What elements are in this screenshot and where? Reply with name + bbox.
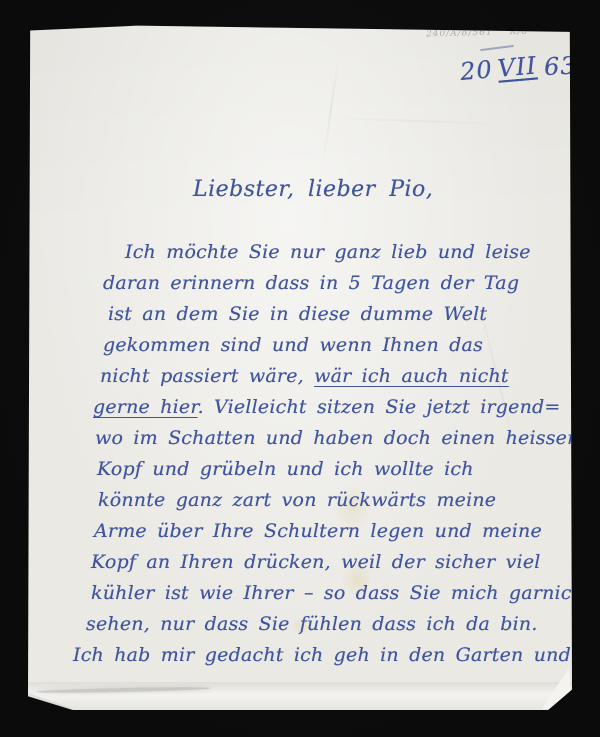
letter-text: daran erinnern dass in 5 Tagen der Tag [103, 272, 519, 294]
letter-line: wo im Schatten und haben doch einen heis… [95, 423, 572, 454]
bottom-fold-crease [28, 682, 572, 710]
letter-text: Ich hab mir gedacht ich geh in den Garte… [73, 644, 571, 666]
underlined-text: wär ich auch nicht [314, 365, 509, 387]
letter-text: sehen, nur dass Sie fühlen dass ich da b… [86, 613, 538, 635]
letter-line: Arme über Ihre Schultern legen und meine [94, 516, 572, 547]
crease-mark [323, 117, 508, 125]
letter-line: Ich hab mir gedacht ich geh in den Garte… [73, 640, 572, 671]
letter-text: Ich möchte Sie nur ganz lieb und leise [125, 241, 531, 263]
photo-backdrop: 240/A/8/561 K/8 20VII63 Liebster, lieber… [0, 0, 600, 737]
underlined-text: gerne hier [93, 396, 198, 418]
letter-line: gerne hier. Vielleicht sitzen Sie jetzt … [93, 392, 572, 423]
letter-line: Kopf an Ihren drücken, weil der sicher v… [91, 547, 572, 578]
date-year: 63 [543, 52, 577, 82]
letter-date: 20VII63 [459, 48, 577, 86]
letter-line: nicht passiert wäre, wär ich auch nicht [100, 361, 572, 392]
letter-line: könnte ganz zart von rückwärts meine [98, 485, 572, 516]
letter-text: wo im Schatten und haben doch einen heis… [95, 427, 580, 449]
letter-line: ist an dem Sie in diese dumme Welt [108, 299, 572, 330]
letter-line: kühler ist wie Ihrer – so dass Sie mich … [91, 578, 572, 609]
salutation: Liebster, lieber Pio, [193, 177, 433, 202]
archival-note: 240/A/8/561 [426, 28, 493, 40]
crease-mark [323, 57, 340, 161]
date-day: 20 [459, 55, 494, 86]
smudge-mark [36, 686, 211, 694]
letter-text: Arme über Ihre Schultern legen und meine [94, 520, 542, 542]
letter-text: nicht passiert wäre, [100, 365, 314, 387]
letter-text: Kopf an Ihren drücken, weil der sicher v… [91, 551, 541, 573]
letter-text: könnte ganz zart von rückwärts meine [98, 489, 496, 511]
archival-note-secondary: K/8 [510, 27, 529, 37]
letter-line: Ich möchte Sie nur ganz lieb und leise [125, 237, 572, 268]
letter-text: . Vielleicht sitzen Sie jetzt irgend= [198, 396, 561, 418]
pen-stroke-mark [480, 45, 514, 51]
letter-text: kühler ist wie Ihrer – so dass Sie mich … [91, 582, 592, 604]
letter-paper: 240/A/8/561 K/8 20VII63 Liebster, lieber… [28, 25, 572, 710]
letter-text: Kopf und grübeln und ich wollte ich [97, 458, 474, 480]
letter-body: Ich möchte Sie nur ganz lieb und leiseda… [28, 237, 572, 671]
archival-note-group: 240/A/8/561 K/8 [426, 27, 528, 40]
letter-line: daran erinnern dass in 5 Tagen der Tag [103, 268, 572, 299]
letter-line: gekommen sind und wenn Ihnen das [103, 330, 572, 361]
date-month: VII [496, 51, 538, 82]
folded-corner-right [542, 668, 572, 710]
letter-text: ist an dem Sie in diese dumme Welt [108, 303, 487, 325]
letter-line: sehen, nur dass Sie fühlen dass ich da b… [86, 609, 572, 640]
letter-line: Kopf und grübeln und ich wollte ich [97, 454, 572, 485]
letter-text: gekommen sind und wenn Ihnen das [103, 334, 483, 356]
